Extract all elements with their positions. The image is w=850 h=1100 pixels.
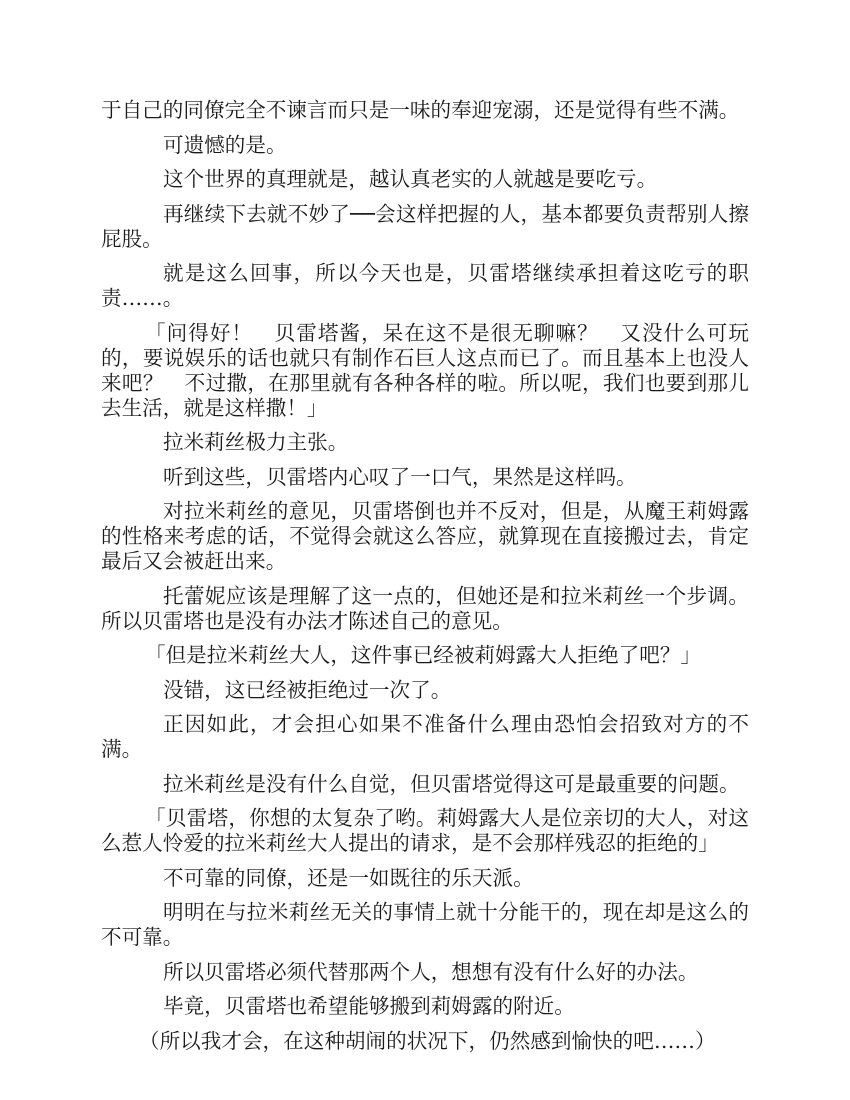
paragraph-19: 毕竟，贝雷塔也希望能够搬到莉姆露的附近。: [101, 994, 749, 1019]
dialogue-paragraph-15: 「贝雷塔，你想的太复杂了哟。莉姆露大人是位亲切的大人，对这么惹人怜爱的拉米莉丝大…: [101, 806, 749, 856]
paragraph-12: 没错，这已经被拒绝过一次了。: [101, 678, 749, 703]
inner-thought-paragraph-20: （所以我才会，在这种胡闹的状况下，仍然感到愉快的吧……）: [101, 1029, 749, 1054]
paragraph-18: 所以贝雷塔必须代替那两个人，想想有没有什么好的办法。: [101, 960, 749, 985]
document-page: 于自己的同僚完全不谏言而只是一味的奉迎宠溺，还是觉得有些不满。 可遗憾的是。 这…: [101, 98, 749, 1063]
paragraph-16: 不可靠的同僚，还是一如既往的乐天派。: [101, 866, 749, 891]
paragraph-3: 这个世界的真理就是，越认真老实的人就越是要吃亏。: [101, 167, 749, 192]
paragraph-9: 对拉米莉丝的意见，贝雷塔倒也并不反对，但是，从魔王莉姆露的性格来考虑的话，不觉得…: [101, 499, 749, 574]
paragraph-4: 再继续下去就不妙了──会这样把握的人，基本都要负责帮别人擦屁股。: [101, 202, 749, 252]
paragraph-8: 听到这些，贝雷塔内心叹了一口气，果然是这样吗。: [101, 465, 749, 490]
paragraph-5: 就是这么回事，所以今天也是，贝雷塔继续承担着这吃亏的职责……。: [101, 261, 749, 311]
paragraph-7: 拉米莉丝极力主张。: [101, 430, 749, 455]
paragraph-2: 可遗憾的是。: [101, 133, 749, 158]
dialogue-paragraph-11: 「但是拉米莉丝大人，这件事已经被莉姆露大人拒绝了吧？」: [101, 643, 749, 668]
paragraph-17: 明明在与拉米莉丝无关的事情上就十分能干的，现在却是这么的不可靠。: [101, 900, 749, 950]
paragraph-1: 于自己的同僚完全不谏言而只是一味的奉迎宠溺，还是觉得有些不满。: [101, 98, 749, 123]
paragraph-10: 托蕾妮应该是理解了这一点的，但她还是和拉米莉丝一个步调。所以贝雷塔也是没有办法才…: [101, 584, 749, 634]
paragraph-13: 正因如此，才会担心如果不准备什么理由恐怕会招致对方的不满。: [101, 712, 749, 762]
paragraph-14: 拉米莉丝是没有什么自觉，但贝雷塔觉得这可是最重要的问题。: [101, 772, 749, 797]
dialogue-paragraph-6: 「问得好！ 贝雷塔酱，呆在这不是很无聊嘛？ 又没什么可玩的，要说娱乐的话也就只有…: [101, 321, 749, 421]
